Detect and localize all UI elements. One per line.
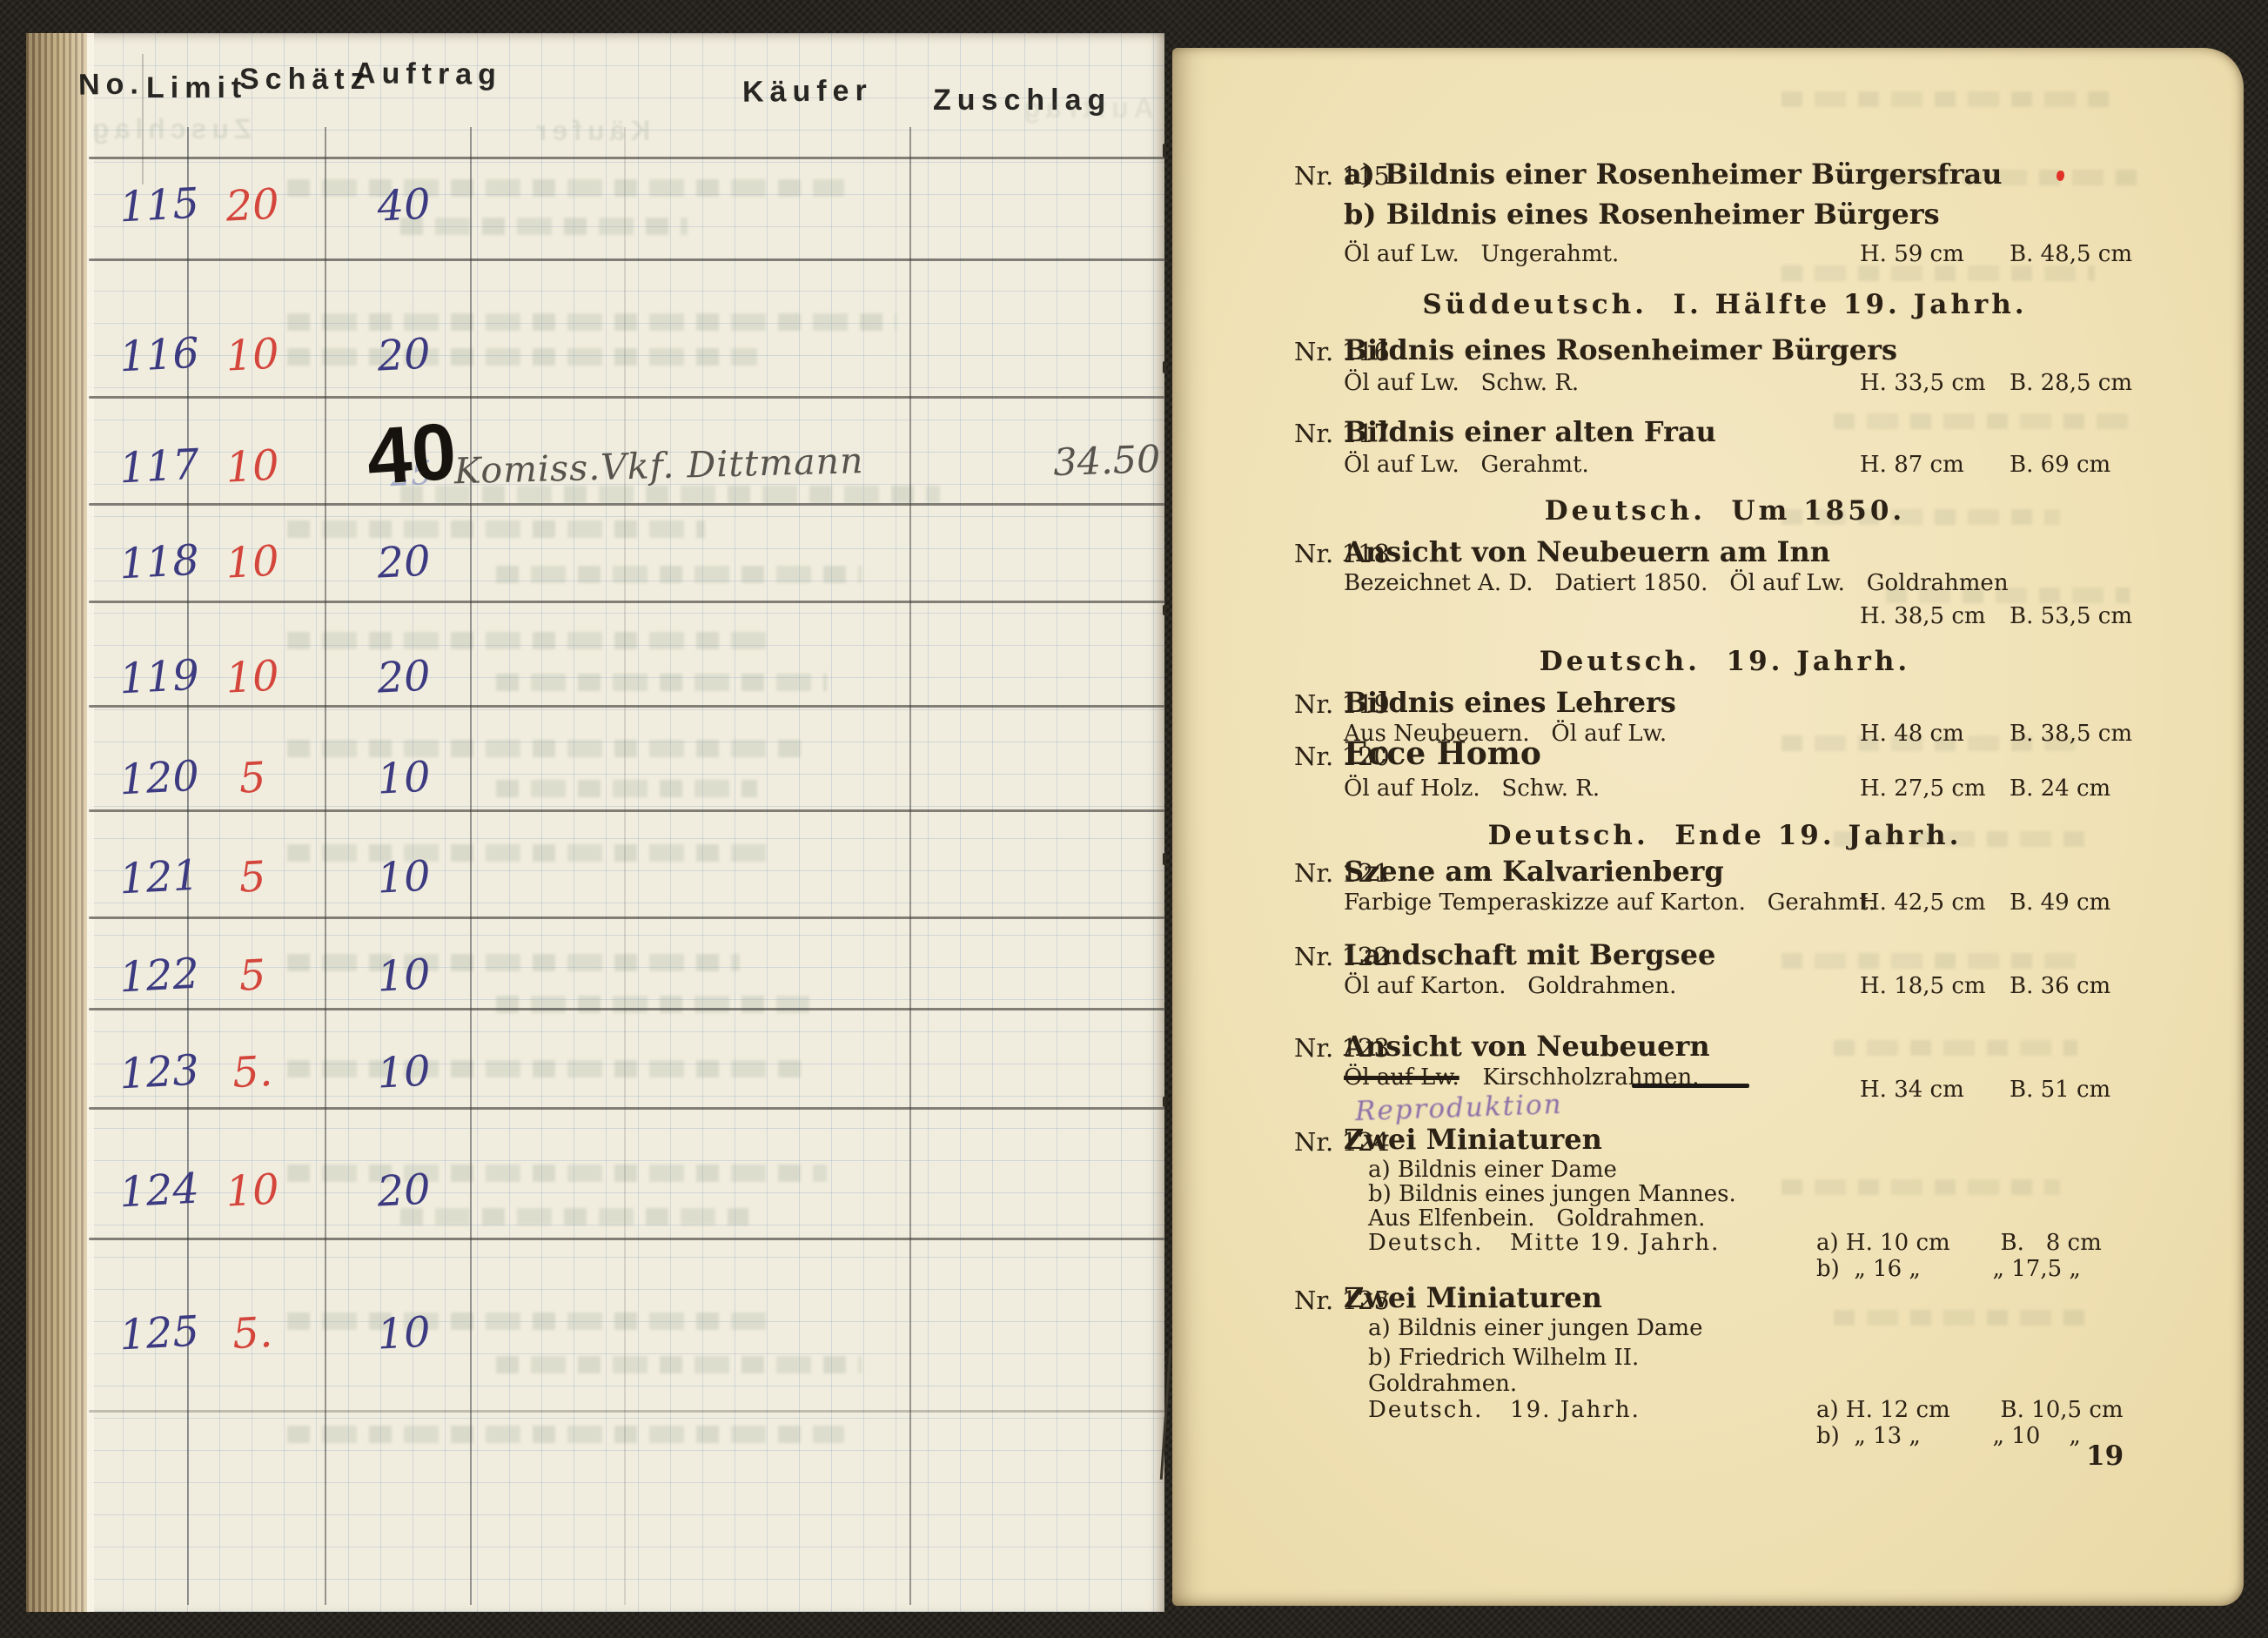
estimate-value: 40 <box>345 161 464 251</box>
ghost-print <box>1782 91 2112 107</box>
ledger-header-no: No. <box>78 67 144 102</box>
ghost-stamp: Auftrag <box>1018 92 1154 124</box>
cancellation-line <box>1632 1084 1749 1088</box>
dimension-width: B. 48,5 cm <box>2010 241 2132 267</box>
ghost-print <box>1782 1179 2060 1195</box>
ghost-print <box>1834 1310 2095 1326</box>
entry-detail: Goldrahmen. <box>1368 1371 1517 1397</box>
stitching-thread <box>1160 1349 1171 1480</box>
buyer-note: Komiss.Vkf. Dittmann <box>453 424 943 520</box>
dimension-width: B. 28,5 cm <box>2010 370 2132 396</box>
entry-title: a) Bildnis einer Rosenheimer Bürgersfrau <box>1344 158 2002 191</box>
ledger-header-schaetz: Schätz <box>239 63 372 97</box>
dimension-height: H. 18,5 cm <box>1860 973 1986 999</box>
ledger-header-auftrag: Auftrag <box>354 57 502 92</box>
dimension-line-b: b) „ 13 „ „ 10 „ <box>1816 1423 2081 1449</box>
stitch-mark <box>1163 1097 1166 1107</box>
limit-value: 5 <box>198 931 307 1020</box>
limit-value: 5 <box>198 734 307 822</box>
ledger-row-117: 117 10 25 40 Komiss.Vkf. Dittmann 34.50 <box>26 425 1164 508</box>
dimension-height: H. 33,5 cm <box>1860 370 1986 396</box>
entry-title: Zwei Miniaturen <box>1344 1123 1602 1156</box>
ghost-print <box>287 1426 844 1443</box>
entry-subline: b) Bildnis eines jungen Mannes. <box>1368 1181 1736 1207</box>
dimension-width: B. 53,5 cm <box>2010 603 2132 629</box>
page-number: 19 <box>2086 1440 2124 1472</box>
dimension-height: H. 87 cm <box>1860 452 1964 478</box>
entry-detail: Farbige Temperaskizze auf Karton. Gerahm… <box>1344 889 1875 916</box>
entry-title: Bildnis eines Lehrers <box>1344 686 1676 719</box>
entry-detail: Bezeichnet A. D. Datiert 1850. Öl auf Lw… <box>1344 570 2009 596</box>
entry-detail: Öl auf Karton. Goldrahmen. <box>1344 973 1676 999</box>
entry-subline: a) Bildnis einer jungen Dame <box>1368 1315 1702 1341</box>
dimension-height: H. 27,5 cm <box>1860 775 1986 802</box>
entry-title: Bildnis einer alten Frau <box>1344 415 1716 448</box>
ghost-print <box>1782 265 2095 281</box>
ledger-header-kaeufer: Käufer <box>742 74 873 110</box>
entry-detail: Deutsch. 19. Jahrh. <box>1368 1397 1641 1423</box>
catalog-page: Nr. 115 a) Bildnis einer Rosenheimer Bür… <box>1172 48 2244 1606</box>
dimension-width: B. 36 cm <box>2010 973 2110 999</box>
dimension-width: B. 69 cm <box>2010 452 2110 478</box>
entry-title: Ecce Homo <box>1344 735 1541 772</box>
book-photo: No. Limit Schätz Auftrag Käufer Zuschlag… <box>0 0 2268 1638</box>
dimension-width: B. 38,5 cm <box>2010 721 2132 747</box>
estimate-value: 10 <box>345 1028 464 1118</box>
ledger-page: No. Limit Schätz Auftrag Käufer Zuschlag… <box>26 33 1164 1612</box>
struck-detail: Öl auf Lw. <box>1344 1064 1459 1091</box>
entry-title: Ansicht von Neubeuern <box>1344 1030 1710 1063</box>
stitch-mark <box>1163 605 1166 615</box>
dimension-line-b: b) „ 16 „ „ 17,5 „ <box>1816 1256 2081 1282</box>
ledger-row-123: 123 5. 10 <box>26 1030 1164 1114</box>
entry-title: Szene am Kalvarienberg <box>1344 855 1724 888</box>
entry-title: Ansicht von Neubeuern am Inn <box>1344 535 1830 568</box>
ghost-print <box>1834 1040 2077 1056</box>
ledger-row-120: 120 5 10 <box>26 736 1164 820</box>
entry-detail: Deutsch. Mitte 19. Jahrh. <box>1368 1230 1720 1256</box>
ledger-row-118: 118 10 20 <box>26 520 1164 604</box>
section-heading: Deutsch. Um 1850. <box>1294 495 2156 527</box>
row-divider <box>89 157 1164 159</box>
section-heading: Süddeutsch. I. Hälfte 19. Jahrh. <box>1294 289 2156 320</box>
dimension-height: H. 59 cm <box>1860 241 1964 267</box>
ledger-row-115: 115 20 40 <box>26 164 1164 247</box>
dimension-width: B. 24 cm <box>2010 775 2110 802</box>
entry-detail: Öl auf Lw. Ungerahmt. <box>1344 241 1619 267</box>
row-divider <box>89 1410 1164 1413</box>
entry-detail: Öl auf Lw. Gerahmt. <box>1344 452 1589 478</box>
section-heading: Deutsch. 19. Jahrh. <box>1294 646 2156 677</box>
estimate-value: 20 <box>345 311 464 400</box>
row-divider <box>89 1238 1164 1240</box>
ledger-row-119: 119 10 20 <box>26 635 1164 719</box>
estimate-value: 20 <box>345 518 464 608</box>
stitch-mark <box>1163 853 1166 865</box>
limit-value: 5. <box>198 1028 307 1117</box>
ledger-row-124: 124 10 20 <box>26 1149 1164 1232</box>
book-gutter <box>1158 48 1172 1606</box>
estimate-value: 20 <box>345 633 464 722</box>
dimension-height: H. 34 cm <box>1860 1077 1964 1103</box>
dimension-height: H. 48 cm <box>1860 721 1964 747</box>
entry-title: Zwei Miniaturen <box>1344 1281 1602 1314</box>
row-divider <box>89 258 1164 261</box>
ghost-stamp: Käufer <box>531 115 650 147</box>
dimension-height: H. 38,5 cm <box>1860 603 1986 629</box>
entry-detail: Öl auf Holz. Schw. R. <box>1344 775 1600 802</box>
dimension-line-a: a) H. 12 cm B. 10,5 cm <box>1816 1397 2124 1423</box>
limit-value: 10 <box>198 1146 307 1235</box>
limit-value: 10 <box>198 422 307 511</box>
stitch-mark <box>1163 144 1166 158</box>
ledger-header-limit: Limit <box>146 71 247 105</box>
limit-value: 10 <box>198 633 307 722</box>
entry-title: b) Bildnis eines Rosenheimer Bürgers <box>1344 198 1940 231</box>
entry-title: Landschaft mit Bergsee <box>1344 938 1715 971</box>
entry-detail: Öl auf Lw. Schw. R. <box>1344 370 1579 396</box>
ledger-row-116: 116 10 20 <box>26 313 1164 397</box>
entry-subline: b) Friedrich Wilhelm II. <box>1368 1345 1639 1371</box>
dimension-line-a: a) H. 10 cm B. 8 cm <box>1816 1230 2102 1256</box>
dimension-height: H. 42,5 cm <box>1860 889 1986 916</box>
stitch-mark <box>1163 361 1166 373</box>
limit-value: 20 <box>198 161 307 250</box>
limit-value: 10 <box>198 311 307 399</box>
dimension-width: B. 51 cm <box>2010 1077 2110 1103</box>
ledger-row-122: 122 5 10 <box>26 934 1164 1017</box>
estimate-value: 10 <box>345 1289 464 1379</box>
entry-subline: a) Bildnis einer Dame <box>1368 1157 1617 1183</box>
section-heading: Deutsch. Ende 19. Jahrh. <box>1294 820 2156 851</box>
ghost-stamp: Zuschlag <box>87 113 251 145</box>
entry-title: Bildnis eines Rosenheimer Bürgers <box>1344 333 1897 366</box>
limit-value: 10 <box>198 518 307 607</box>
estimate-value: 10 <box>345 931 464 1021</box>
ledger-row-125: 125 5. 10 <box>26 1292 1164 1375</box>
estimate-value: 20 <box>345 1146 464 1236</box>
estimate-value: 10 <box>345 833 464 923</box>
estimate-value: 10 <box>345 734 464 823</box>
limit-value: 5. <box>198 1289 307 1378</box>
ghost-print <box>1782 953 2077 969</box>
ghost-print <box>1834 413 2130 429</box>
hammer-price: 34.50 <box>1044 423 1169 511</box>
dimension-width: B. 49 cm <box>2010 889 2110 916</box>
handwritten-annotation: Reproduktion <box>1354 1089 1563 1127</box>
entry-detail: Aus Elfenbein. Goldrahmen. <box>1368 1205 1705 1232</box>
limit-value: 5 <box>198 833 307 922</box>
ledger-row-121: 121 5 10 <box>26 836 1164 919</box>
